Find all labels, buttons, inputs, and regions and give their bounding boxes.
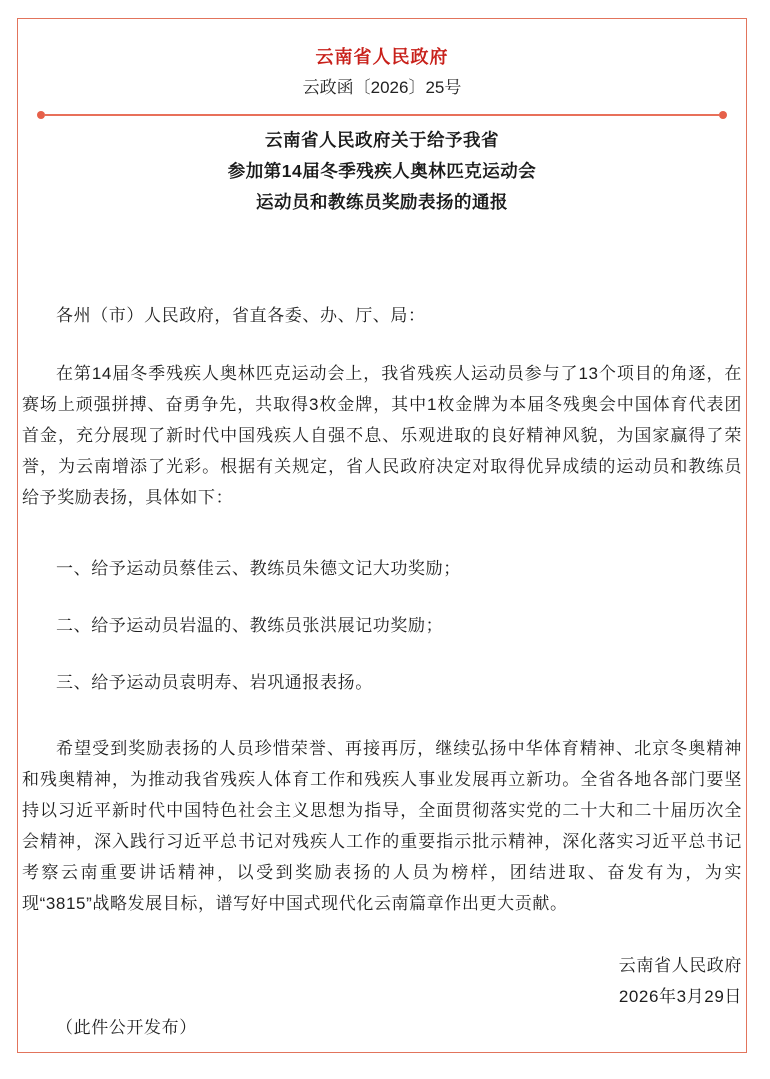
header-separator (37, 111, 727, 119)
title-line-1: 云南省人民政府关于给予我省 (22, 125, 742, 156)
title-line-2: 参加第14届冬季残疾人奥林匹克运动会 (22, 156, 742, 187)
award-item-2: 二、给予运动员岩温的、教练员张洪展记功奖励； (22, 610, 742, 641)
publish-note: （此件公开发布） (22, 1012, 742, 1043)
award-item-3: 三、给予运动员袁明寿、岩巩通报表扬。 (22, 667, 742, 698)
signature-org: 云南省人民政府 (22, 950, 742, 981)
document-border-box: 云南省人民政府 云政函〔2026〕25号 云南省人民政府关于给予我省 参加第14… (17, 18, 747, 1053)
document-title: 云南省人民政府关于给予我省 参加第14届冬季残疾人奥林匹克运动会 运动员和教练员… (22, 125, 742, 218)
document-number: 云政函〔2026〕25号 (22, 78, 742, 98)
title-line-3: 运动员和教练员奖励表扬的通报 (22, 187, 742, 218)
salutation: 各州（市）人民政府，省直各委、办、厅、局： (22, 300, 742, 331)
award-item-1: 一、给予运动员蔡佳云、教练员朱德文记大功奖励； (22, 553, 742, 584)
signature-date: 2026年3月29日 (22, 981, 742, 1012)
separator-dot-left-icon (37, 111, 45, 119)
closing-block: 云南省人民政府 2026年3月29日 （此件公开发布） (22, 950, 742, 1043)
issuing-authority: 云南省人民政府 (22, 47, 742, 67)
separator-line (45, 114, 719, 116)
paragraph-exhortation: 希望受到奖励表扬的人员珍惜荣誉、再接再厉，继续弘扬中华体育精神、北京冬奥精神和残… (22, 733, 742, 919)
paragraph-overview: 在第14届冬季残疾人奥林匹克运动会上，我省残疾人运动员参与了13个项目的角逐，在… (22, 358, 742, 513)
separator-dot-right-icon (719, 111, 727, 119)
